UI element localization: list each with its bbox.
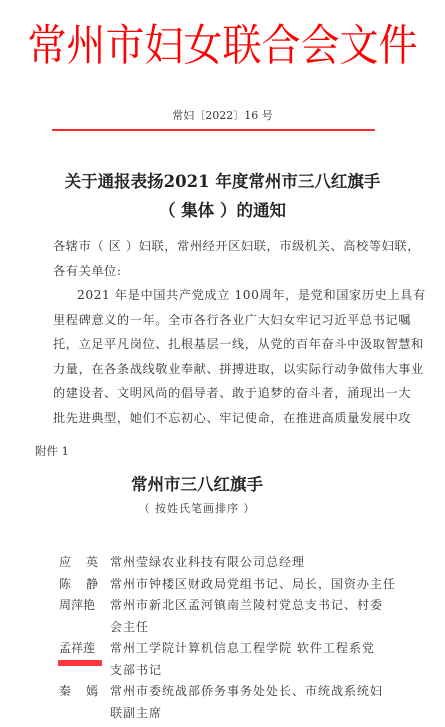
honoree-desc: 常州莹绿农业科技有限公司总经理 [110, 552, 360, 574]
body-line: 托，立足平凡岗位、扎根基层一线，从党的百年奋斗中汲取智慧和 [53, 332, 378, 357]
honoree-name: 孟祥莲 [59, 641, 95, 655]
body-line: 各辖市（ 区 ）妇联，常州经开区妇联，市级机关、高校等妇联， [53, 234, 378, 259]
body-line: 各有关单位: [53, 259, 378, 284]
honoree-name: 陈静 [59, 574, 110, 596]
honoree-name: 周萍艳 [59, 595, 110, 638]
honoree-row: 秦嫣 常州市委统战部侨务事务处处长、市统战系统妇 联副主席 [59, 681, 379, 724]
honoree-list: 应英 常州莹绿农业科技有限公司总经理 陈静 常州市钟楼区财政局党组书记、局长，国… [59, 552, 379, 724]
desc-line: 常州莹绿农业科技有限公司总经理 [110, 552, 360, 574]
notice-title-line-2: （ 集体 ）的通知 [0, 197, 445, 221]
desc-line: 联副主席 [110, 703, 360, 725]
honoree-row: 陈静 常州市钟楼区财政局党组书记、局长，国资办主任 [59, 574, 379, 596]
notice-title-line-1: 关于通报表扬2021 年度常州市三八红旗手 [0, 168, 445, 192]
notice-body: 各辖市（ 区 ）妇联，常州经开区妇联，市级机关、高校等妇联， 各有关单位: 20… [53, 234, 378, 430]
desc-line: 常州市钟楼区财政局党组书记、局长，国资办主任 [110, 574, 360, 596]
body-line: 力量，在各条战线敬业奉献、拼搏进取，以实际行动争做伟大事业 [53, 357, 378, 382]
annex-subtitle: （ 按姓氏笔画排序 ） [0, 500, 394, 516]
honoree-desc: 常州市新北区孟河镇南兰陵村党总支书记、村委 会主任 [110, 595, 360, 638]
body-line: 的建设者、文明风尚的倡导者、敢于追梦的奋斗者，涌现出一大 [53, 381, 378, 406]
desc-line: 常州工学院计算机信息工程学院 软件工程系党 [110, 638, 360, 660]
desc-line: 常州市新北区孟河镇南兰陵村党总支书记、村委 [110, 595, 360, 617]
red-underline-highlight [58, 660, 102, 666]
desc-line: 会主任 [110, 617, 360, 639]
honoree-desc: 常州工学院计算机信息工程学院 软件工程系党 支部书记 [110, 638, 360, 681]
honoree-row: 应英 常州莹绿农业科技有限公司总经理 [59, 552, 379, 574]
honoree-name-container: 孟祥莲 [59, 638, 110, 681]
annex-label: 附件 1 [35, 443, 69, 459]
body-line: 里程碑意义的一年。全市各行各业广大妇女牢记习近平总书记嘱 [53, 308, 378, 333]
annex-title: 常州市三八红旗手 [0, 471, 394, 495]
honoree-row: 周萍艳 常州市新北区孟河镇南兰陵村党总支书记、村委 会主任 [59, 595, 379, 638]
red-separator-rule [52, 129, 375, 131]
honoree-name: 秦嫣 [59, 681, 110, 724]
document-number: 常妇〔2022〕16 号 [0, 107, 445, 123]
honoree-row-highlighted: 孟祥莲 常州工学院计算机信息工程学院 软件工程系党 支部书记 [59, 638, 379, 681]
honoree-name: 应英 [59, 552, 110, 574]
desc-line: 支部书记 [110, 660, 360, 682]
desc-line: 常州市委统战部侨务事务处处长、市统战系统妇 [110, 681, 360, 703]
body-line: 批先进典型，她们不忘初心、牢记使命，在推进高质量发展中攻 [53, 406, 378, 431]
issuer-red-title: 常州市妇女联合会文件 [0, 19, 445, 75]
honoree-desc: 常州市钟楼区财政局党组书记、局长，国资办主任 [110, 574, 360, 596]
honoree-desc: 常州市委统战部侨务事务处处长、市统战系统妇 联副主席 [110, 681, 360, 724]
body-line: 2021 年是中国共产党成立 100周年，是党和国家历史上具有 [53, 283, 378, 308]
